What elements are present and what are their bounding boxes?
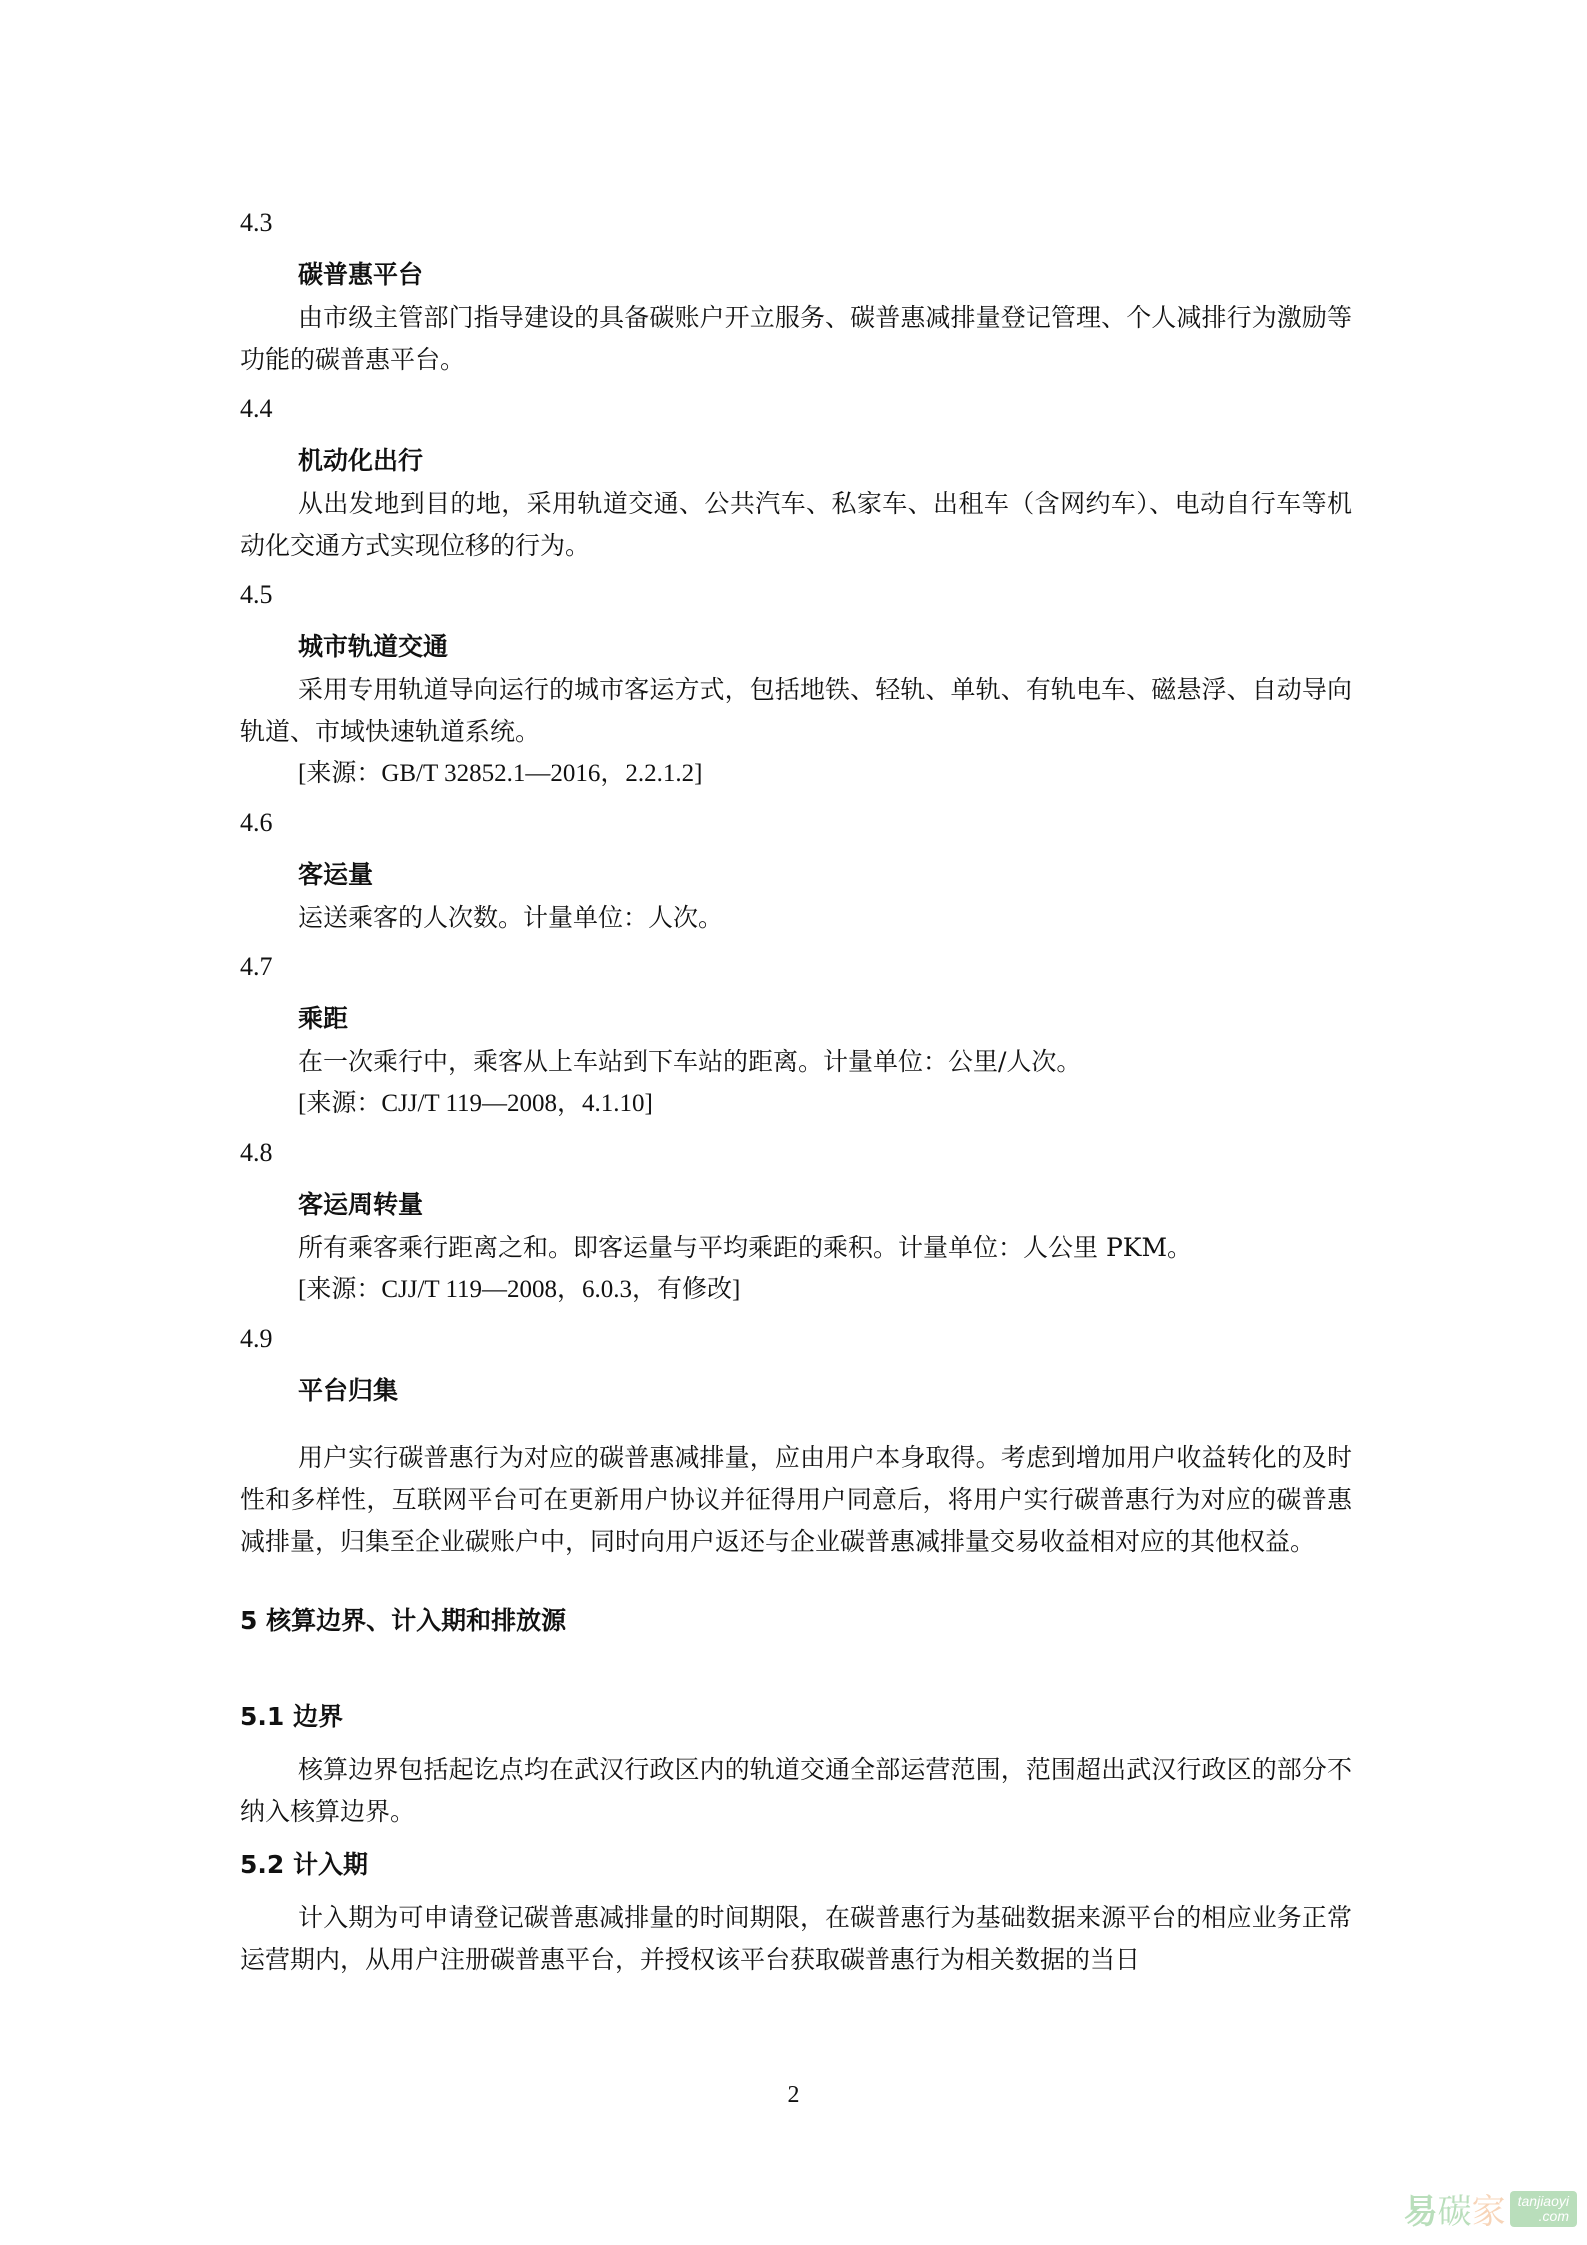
term-title: 乘距 — [298, 1001, 1352, 1037]
term-title: 客运周转量 — [298, 1187, 1352, 1223]
clause-number: 4.8 — [240, 1135, 1352, 1171]
term-definition: 运送乘客的人次数。计量单位：人次。 — [240, 897, 1352, 939]
definition-4-7: 4.7 乘距 在一次乘行中，乘客从上车站到下车站的距离。计量单位：公里/人次。 … — [240, 949, 1352, 1125]
source-citation: [来源：CJJ/T 119—2008，6.0.3，有修改] — [298, 1269, 1352, 1311]
term-definition: 从出发地到目的地，采用轨道交通、公共汽车、私家车、出租车（含网约车）、电动自行车… — [240, 483, 1352, 567]
watermark-domain-line: tanjiaoyi — [1518, 2193, 1569, 2209]
term-definition: 在一次乘行中，乘客从上车站到下车站的距离。计量单位：公里/人次。 — [240, 1041, 1352, 1083]
source-citation: [来源：CJJ/T 119—2008，4.1.10] — [298, 1083, 1352, 1125]
term-definition: 所有乘客乘行距离之和。即客运量与平均乘距的乘积。计量单位：人公里 PKM。 — [240, 1227, 1352, 1269]
section-5-1-heading: 5.1 边界 — [240, 1699, 1352, 1735]
watermark-char: 易 — [1404, 2184, 1438, 2233]
definition-4-8: 4.8 客运周转量 所有乘客乘行距离之和。即客运量与平均乘距的乘积。计量单位：人… — [240, 1135, 1352, 1311]
section-5-1-body: 核算边界包括起讫点均在武汉行政区内的轨道交通全部运营范围，范围超出武汉行政区的部… — [240, 1749, 1352, 1833]
page-number: 2 — [0, 2082, 1587, 2109]
watermark-domain-badge: tanjiaoyi .com — [1510, 2191, 1577, 2227]
term-title: 碳普惠平台 — [298, 257, 1352, 293]
definition-4-9: 4.9 平台归集 用户实行碳普惠行为对应的碳普惠减排量，应由用户本身取得。考虑到… — [240, 1321, 1352, 1563]
term-title: 城市轨道交通 — [298, 629, 1352, 665]
definition-4-5: 4.5 城市轨道交通 采用专用轨道导向运行的城市客运方式，包括地铁、轻轨、单轨、… — [240, 577, 1352, 795]
definition-4-4: 4.4 机动化出行 从出发地到目的地，采用轨道交通、公共汽车、私家车、出租车（含… — [240, 391, 1352, 567]
definition-4-6: 4.6 客运量 运送乘客的人次数。计量单位：人次。 — [240, 805, 1352, 939]
term-definition: 采用专用轨道导向运行的城市客运方式，包括地铁、轻轨、单轨、有轨电车、磁悬浮、自动… — [240, 669, 1352, 753]
clause-number: 4.6 — [240, 805, 1352, 841]
watermark-domain-line: .com — [1539, 2208, 1569, 2224]
term-title: 机动化出行 — [298, 443, 1352, 479]
term-title: 平台归集 — [298, 1373, 1352, 1409]
watermark-logo: 易 碳 家 tanjiaoyi .com — [1404, 2184, 1577, 2233]
section-5-2-body: 计入期为可申请登记碳普惠减排量的时间期限，在碳普惠行为基础数据来源平台的相应业务… — [240, 1897, 1352, 1981]
watermark-char: 碳 — [1438, 2184, 1472, 2233]
document-page: 4.3 碳普惠平台 由市级主管部门指导建设的具备碳账户开立服务、碳普惠减排量登记… — [240, 205, 1352, 1981]
clause-number: 4.3 — [240, 205, 1352, 241]
term-title: 客运量 — [298, 857, 1352, 893]
clause-number: 4.4 — [240, 391, 1352, 427]
term-definition: 用户实行碳普惠行为对应的碳普惠减排量，应由用户本身取得。考虑到增加用户收益转化的… — [240, 1437, 1352, 1563]
term-definition: 由市级主管部门指导建设的具备碳账户开立服务、碳普惠减排量登记管理、个人减排行为激… — [240, 297, 1352, 381]
watermark-char: 家 — [1472, 2184, 1506, 2233]
source-citation: [来源：GB/T 32852.1—2016，2.2.1.2] — [298, 753, 1352, 795]
section-5-2-heading: 5.2 计入期 — [240, 1847, 1352, 1883]
clause-number: 4.9 — [240, 1321, 1352, 1357]
section-5-heading: 5 核算边界、计入期和排放源 — [240, 1603, 1352, 1639]
clause-number: 4.5 — [240, 577, 1352, 613]
clause-number: 4.7 — [240, 949, 1352, 985]
definition-4-3: 4.3 碳普惠平台 由市级主管部门指导建设的具备碳账户开立服务、碳普惠减排量登记… — [240, 205, 1352, 381]
